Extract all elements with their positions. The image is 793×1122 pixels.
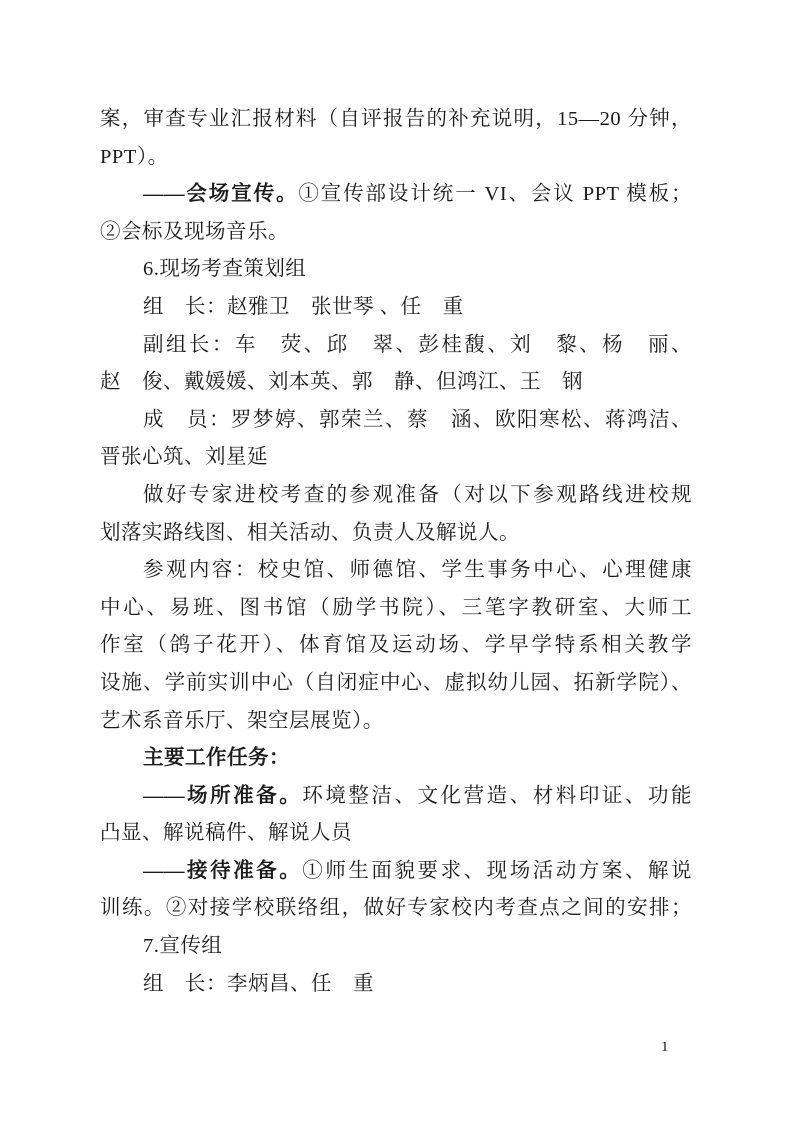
text-segment: 赵 俊、戴媛媛、刘本英、郭 静、但鸿江、王 钢	[100, 371, 583, 393]
text-line: 案，审查专业汇报材料（自评报告的补充说明，15—20 分钟，	[100, 101, 692, 139]
document-page: 案，审查专业汇报材料（自评报告的补充说明，15—20 分钟，PPT）。——会场宣…	[0, 0, 793, 1122]
text-segment: 副组长：车 荧、邱 翠、彭桂馥、刘 黎、杨 丽、	[143, 334, 692, 356]
text-line: 艺术系音乐厅、架空层展览）。	[100, 703, 692, 741]
text-line: 做好专家进校考查的参观准备（对以下参观路线进校规	[100, 477, 692, 515]
text-line: 参观内容：校史馆、师德馆、学生事务中心、心理健康	[100, 552, 692, 590]
text-segment: ①宣传部设计统一 VI、会议 PPT 模板；	[298, 183, 692, 205]
text-line: ——会场宣传。①宣传部设计统一 VI、会议 PPT 模板；	[100, 176, 692, 214]
text-line: 7.宣传组	[100, 928, 692, 966]
text-line: 作室（鸽子花开）、体育馆及运动场、学早学特系相关教学	[100, 627, 692, 665]
text-segment: 晋张心筑、刘星延	[100, 446, 268, 468]
text-line: ——接待准备。①师生面貌要求、现场活动方案、解说	[100, 853, 692, 891]
text-segment: 凸显、解说稿件、解说人员	[100, 822, 352, 844]
text-line: 组 长：赵雅卫 张世琴 、任 重	[100, 289, 692, 327]
text-segment: 组 长：赵雅卫 张世琴 、任 重	[143, 296, 464, 318]
text-segment: 组 长：李炳昌、任 重	[143, 973, 374, 995]
text-line: 设施、学前实训中心（自闭症中心、虚拟幼儿园、拓新学院）、	[100, 665, 692, 703]
page-number: 1	[661, 1037, 669, 1057]
bold-text-segment: ——会场宣传。	[143, 183, 298, 205]
text-line: 凸显、解说稿件、解说人员	[100, 815, 692, 853]
bold-text-segment: ——接待准备。	[143, 860, 302, 882]
text-line: ——场所准备。环境整洁、文化营造、材料印证、功能	[100, 778, 692, 816]
text-segment: 6.现场考查策划组	[143, 258, 306, 280]
text-segment: 案，审查专业汇报材料（自评报告的补充说明，15—20 分钟，	[100, 108, 692, 130]
text-segment: 中心、易班、图书馆（励学书院）、三笔字教研室、大师工	[100, 597, 692, 619]
text-line: 划落实路线图、相关活动、负责人及解说人。	[100, 515, 692, 553]
text-segment: 环境整洁、文化营造、材料印证、功能	[302, 785, 692, 807]
text-line: ②会标及现场音乐。	[100, 214, 692, 252]
text-line: 中心、易班、图书馆（励学书院）、三笔字教研室、大师工	[100, 590, 692, 628]
text-segment: 做好专家进校考查的参观准备（对以下参观路线进校规	[143, 484, 692, 506]
bold-text-segment: ——场所准备。	[143, 785, 302, 807]
text-segment: ②会标及现场音乐。	[100, 221, 289, 243]
bold-text-segment: 主要工作任务：	[143, 747, 290, 769]
text-line: PPT）。	[100, 139, 692, 177]
text-line: 组 长：李炳昌、任 重	[100, 966, 692, 1004]
text-line: 赵 俊、戴媛媛、刘本英、郭 静、但鸿江、王 钢	[100, 364, 692, 402]
text-segment: 划落实路线图、相关活动、负责人及解说人。	[100, 522, 520, 544]
text-segment: 成 员：罗梦婷、郭荣兰、蔡 涵、欧阳寒松、蒋鸿洁、	[143, 409, 692, 431]
text-segment: ①师生面貌要求、现场活动方案、解说	[302, 860, 692, 882]
text-segment: PPT）。	[100, 146, 169, 168]
text-segment: 艺术系音乐厅、架空层展览）。	[100, 710, 384, 732]
text-line: 成 员：罗梦婷、郭荣兰、蔡 涵、欧阳寒松、蒋鸿洁、	[100, 402, 692, 440]
text-line: 6.现场考查策划组	[100, 251, 692, 289]
text-line: 副组长：车 荧、邱 翠、彭桂馥、刘 黎、杨 丽、	[100, 327, 692, 365]
text-block: 案，审查专业汇报材料（自评报告的补充说明，15—20 分钟，PPT）。——会场宣…	[100, 101, 692, 1003]
text-segment: 设施、学前实训中心（自闭症中心、虚拟幼儿园、拓新学院）、	[100, 672, 692, 694]
text-line: 训练。②对接学校联络组，做好专家校内考查点之间的安排；	[100, 890, 692, 928]
text-line: 主要工作任务：	[100, 740, 692, 778]
text-line: 晋张心筑、刘星延	[100, 439, 692, 477]
text-segment: 7.宣传组	[143, 935, 222, 957]
text-segment: 训练。②对接学校联络组，做好专家校内考查点之间的安排；	[100, 897, 692, 919]
text-segment: 作室（鸽子花开）、体育馆及运动场、学早学特系相关教学	[100, 634, 692, 656]
text-segment: 参观内容：校史馆、师德馆、学生事务中心、心理健康	[143, 559, 692, 581]
